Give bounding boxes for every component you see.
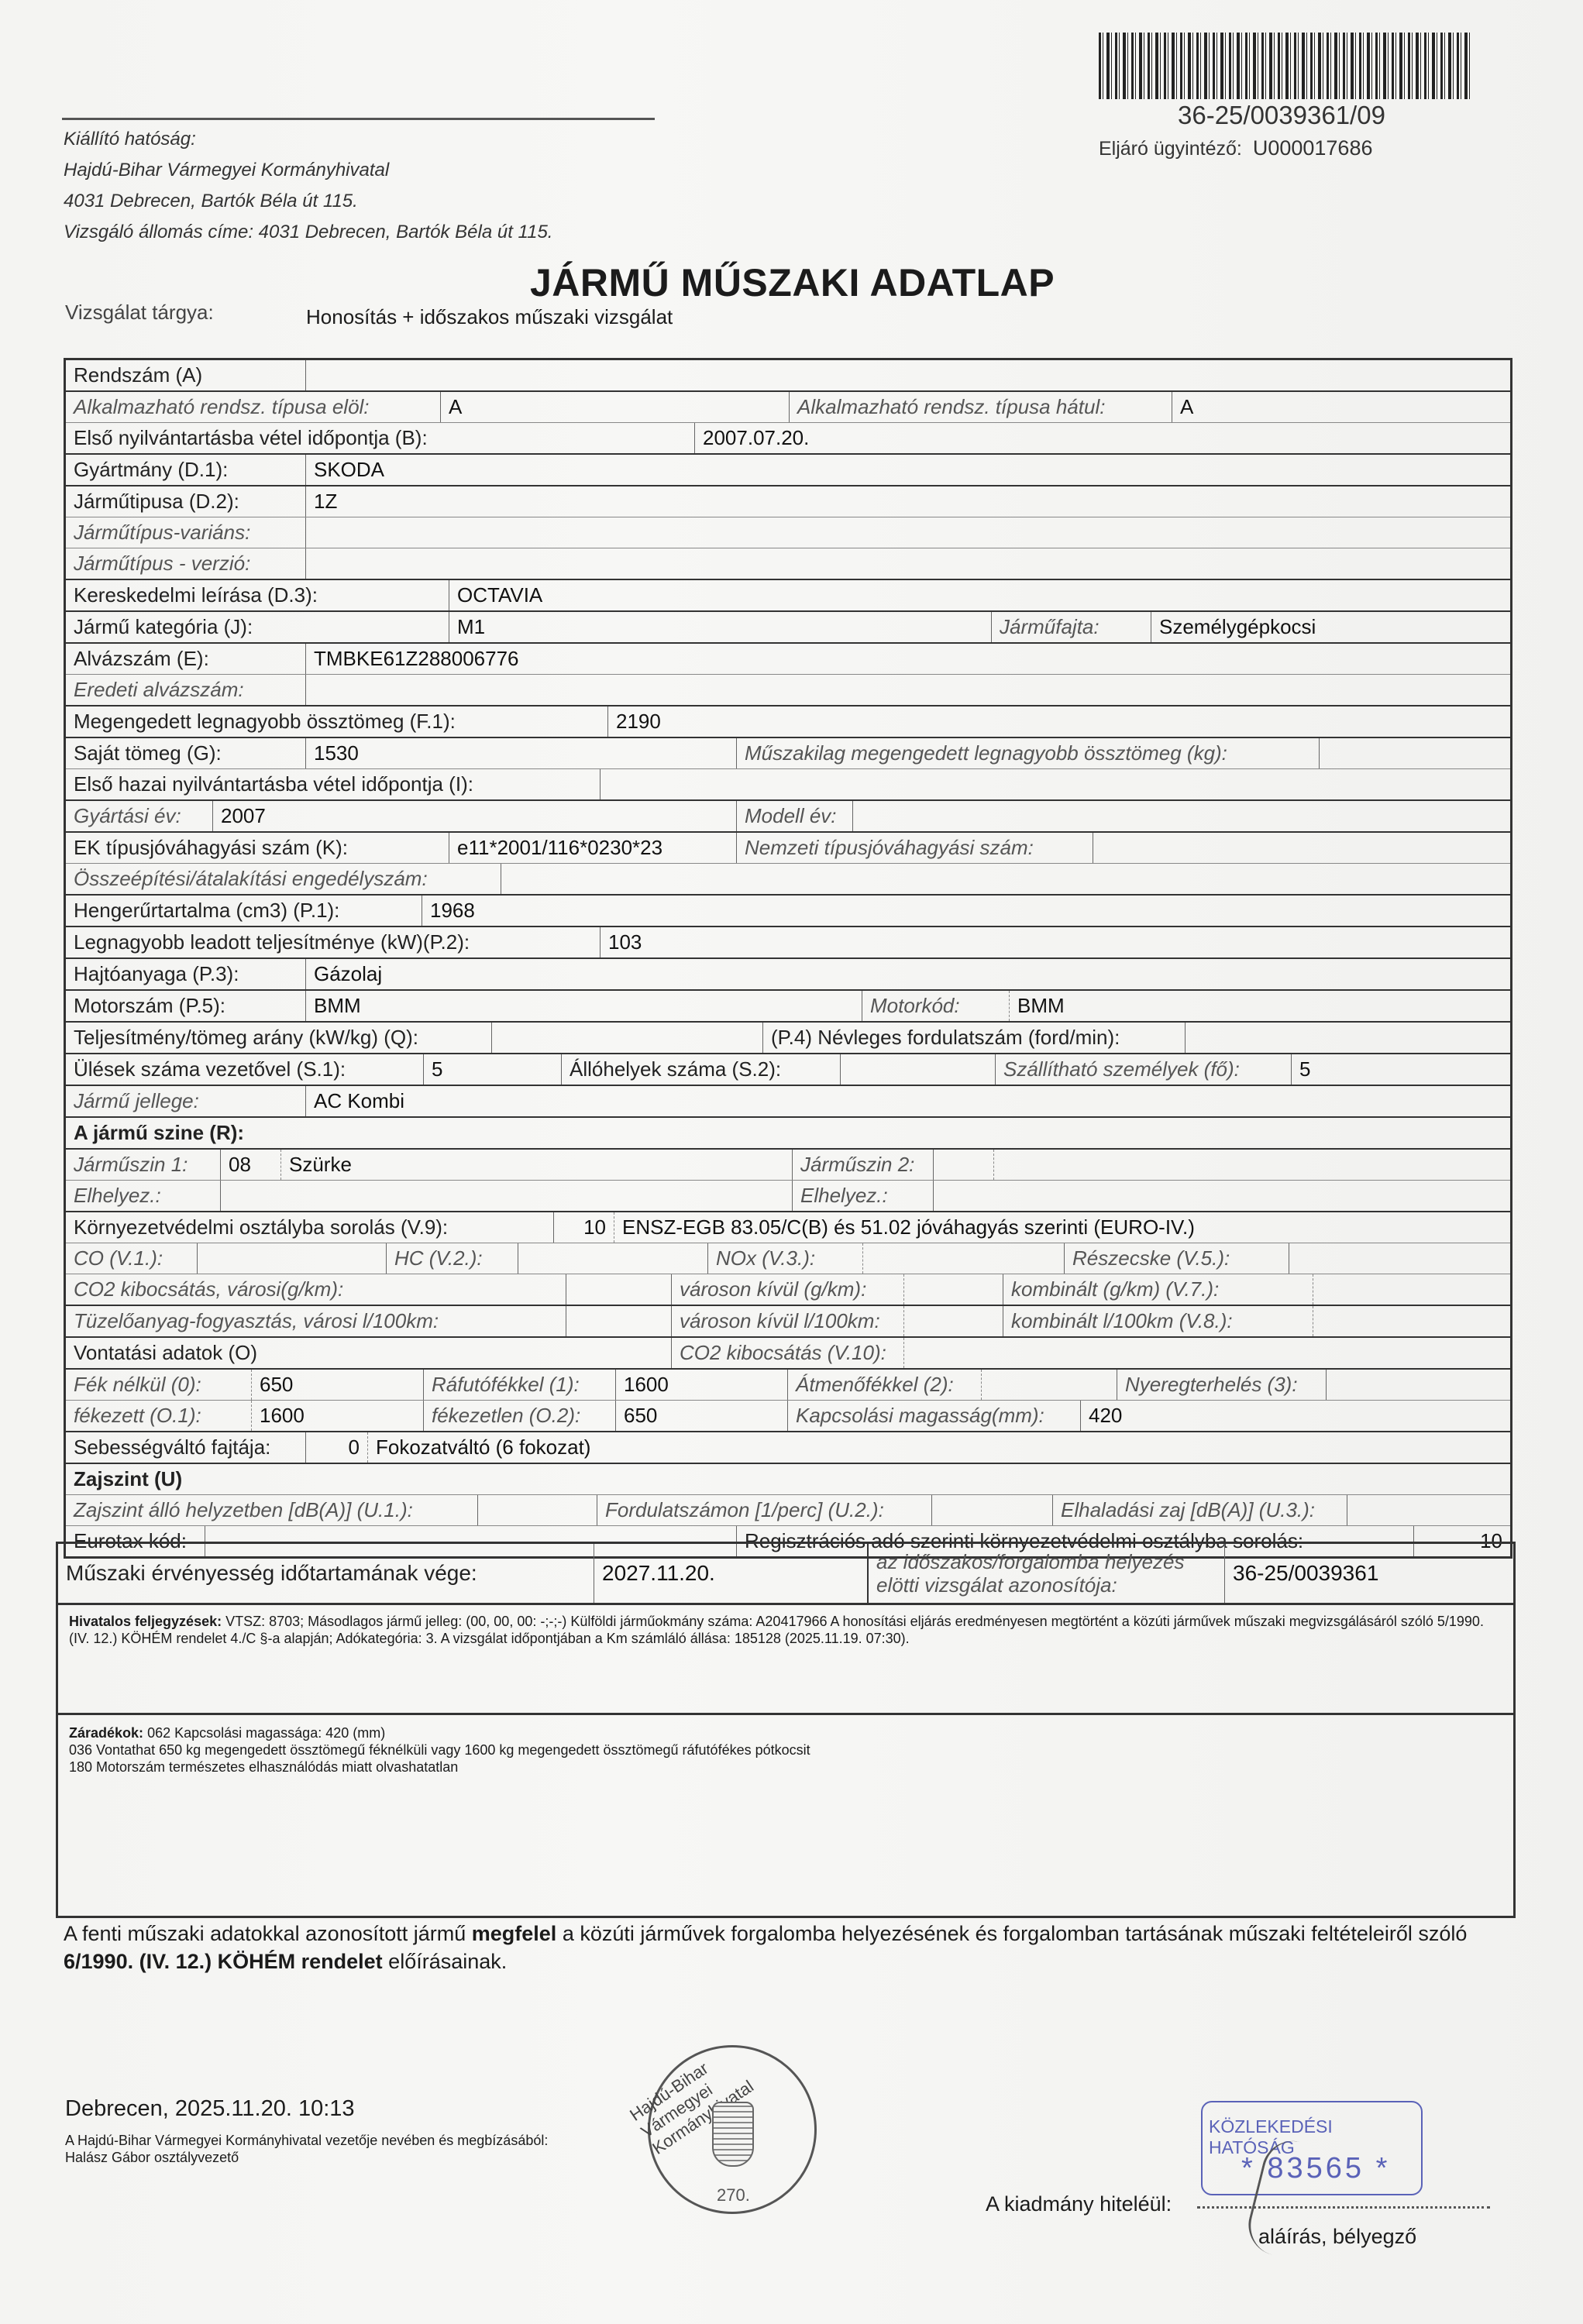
engine-code-value: BMM xyxy=(1010,991,1510,1021)
engine-number-value: BMM xyxy=(306,991,862,1021)
passengers-value: 5 xyxy=(1292,1054,1510,1085)
place1-label: Elhelyez.: xyxy=(66,1181,221,1211)
validity-value: 2027.11.20. xyxy=(594,1544,869,1603)
noise-drive-value xyxy=(1347,1495,1510,1525)
co2-v10-label: CO2 kibocsátás (V.10): xyxy=(672,1338,904,1368)
original-vin-value xyxy=(306,675,1510,705)
signature-label: aláírás, bélyegző xyxy=(1258,2225,1416,2249)
braked-label: fékezett (O.1): xyxy=(66,1401,252,1431)
type-label: Járműtipusa (D.2): xyxy=(66,486,306,517)
noise-section-label: Zajszint (U) xyxy=(66,1464,1510,1494)
max-mass-value: 2190 xyxy=(608,706,1510,737)
standing-value xyxy=(841,1054,996,1085)
max-power-value: 103 xyxy=(601,927,1510,957)
tech-max-mass-label: Műszakilag megengedett legnagyobb össztö… xyxy=(737,738,1320,768)
coat-of-arms-icon xyxy=(712,2102,754,2167)
vehicle-data-form: Rendszám (A) Alkalmazható rendsz. típusa… xyxy=(64,358,1512,1559)
inspection-id-label: az időszakos/forgalomba helyezés elötti … xyxy=(869,1544,1225,1603)
row-fuel-consumption: Tüzelőanyag-fogyasztás, városi l/100km: … xyxy=(66,1306,1510,1338)
env-class-label: Környezetvédelmi osztályba sorolás (V.9)… xyxy=(66,1212,554,1243)
particles-label: Részecske (V.5.): xyxy=(1065,1243,1289,1274)
vin-value: TMBKE61Z288006776 xyxy=(306,644,1510,674)
coupling-height-value: 420 xyxy=(1081,1401,1510,1431)
case-handler-label: Eljáró ügyintéző: xyxy=(1099,138,1242,160)
row-color1: Járműszin 1: 08 Szürke Járműszin 2: xyxy=(66,1150,1510,1181)
gearbox-value: Fokozatváltó (6 fokozat) xyxy=(368,1432,1510,1463)
displacement-label: Hengerűrtartalma (cm3) (P.1): xyxy=(66,896,422,926)
max-mass-label: Megengedett legnagyobb össztömeg (F.1): xyxy=(66,706,608,737)
model-year-value xyxy=(853,801,1510,831)
fuel-label: Hajtóanyaga (P.3): xyxy=(66,959,306,989)
fifth-wheel-label: Nyeregterhelés (3): xyxy=(1117,1370,1327,1400)
official-seal: Hajdú-Bihar Vármegyei Kormányhivatal 270… xyxy=(648,2045,817,2214)
row-noise-section: Zajszint (U) xyxy=(66,1464,1510,1495)
row-max-power: Legnagyobb leadott teljesítménye (kW)(P.… xyxy=(66,927,1510,959)
color2-value xyxy=(994,1150,1510,1180)
row-own-mass: Saját tömeg (G): 1530 Műszakilag megenge… xyxy=(66,738,1510,769)
co2-v10-value xyxy=(904,1338,1510,1368)
authority-signer: A Hajdú-Bihar Vármegyei Kormányhivatal v… xyxy=(65,2132,548,2166)
case-handler-value: U000017686 xyxy=(1253,136,1373,160)
row-plate-type: Alkalmazható rendsz. típusa elöl: A Alka… xyxy=(66,392,1510,423)
validity-label: Műszaki érvényesség időtartamának vége: xyxy=(58,1544,594,1603)
version-value xyxy=(306,548,1510,579)
noise-rpm-value xyxy=(932,1495,1053,1525)
noise-drive-label: Elhaladási zaj [dB(A)] (U.3.): xyxy=(1053,1495,1347,1525)
co2-comb-value xyxy=(1313,1274,1510,1305)
co-value xyxy=(198,1243,387,1274)
issuer-label: Kiállító hatóság: xyxy=(64,124,552,155)
model-year-label: Modell év: xyxy=(737,801,853,831)
first-registration-label: Első nyilvántartásba vétel időpontja (B)… xyxy=(66,423,695,453)
unbraked0-value: 650 xyxy=(252,1370,424,1400)
ec-approval-value: e11*2001/116*0230*23 xyxy=(449,833,737,863)
body-value: AC Kombi xyxy=(306,1086,1510,1116)
manufacture-year-label: Gyártási év: xyxy=(66,801,213,831)
seal-number: 270. xyxy=(717,2185,750,2205)
conformity-statement: A fenti műszaki adatokkal azonosított já… xyxy=(64,1920,1505,1975)
engine-code-label: Motorkód: xyxy=(862,991,1010,1021)
through-label: Átmenőfékkel (2): xyxy=(788,1370,982,1400)
color1-label: Járműszin 1: xyxy=(66,1150,221,1180)
conformity-bold: 6/1990. (IV. 12.) KÖHÉM rendelet xyxy=(64,1950,383,1973)
commercial-name-value: OCTAVIA xyxy=(449,580,1510,610)
through-value xyxy=(982,1370,1117,1400)
co2-extra-value xyxy=(904,1274,1003,1305)
row-variant: Járműtípus-variáns: xyxy=(66,517,1510,548)
vehicle-kind-label: Járműfajta: xyxy=(992,612,1151,642)
row-body: Jármű jellege: AC Kombi xyxy=(66,1086,1510,1118)
make-label: Gyártmány (D.1): xyxy=(66,455,306,485)
towing-section-label: Vontatási adatok (O) xyxy=(66,1338,672,1368)
row-noise: Zajszint álló helyzetben [dB(A)] (U.1.):… xyxy=(66,1495,1510,1526)
clauses-label: Záradékok: xyxy=(69,1725,143,1741)
nox-value xyxy=(863,1243,1065,1274)
env-class-value: ENSZ-EGB 83.05/C(B) és 51.02 jóváhagyás … xyxy=(614,1212,1510,1243)
place-date: Debrecen, 2025.11.20. 10:13 xyxy=(65,2096,355,2122)
coupling-height-label: Kapcsolási magasság(mm): xyxy=(788,1401,1081,1431)
env-class-code: 10 xyxy=(554,1212,614,1243)
overrun-label: Ráfutófékkel (1): xyxy=(424,1370,616,1400)
validity-row: Műszaki érvényesség időtartamának vége: … xyxy=(58,1544,1513,1605)
row-category: Jármű kategória (J): M1 Járműfajta: Szem… xyxy=(66,612,1510,644)
place2-value xyxy=(934,1181,1510,1211)
first-registration-value: 2007.07.20. xyxy=(695,423,1510,453)
official-notes-label: Hivatalos feljegyzések: xyxy=(69,1614,222,1629)
row-vin: Alvázszám (E): TMBKE61Z288006776 xyxy=(66,644,1510,675)
max-power-label: Legnagyobb leadott teljesítménye (kW)(P.… xyxy=(66,927,601,957)
row-placement: Elhelyez.: Elhelyez.: xyxy=(66,1181,1510,1212)
type-value: 1Z xyxy=(306,486,1510,517)
issuer-block: Kiállító hatóság: Hajdú-Bihar Vármegyei … xyxy=(64,124,552,248)
subject-label: Vizsgálat tárgya: xyxy=(65,301,214,325)
variant-label: Járműtípus-variáns: xyxy=(66,517,306,548)
row-max-mass: Megengedett legnagyobb össztömeg (F.1): … xyxy=(66,706,1510,738)
row-type: Járműtipusa (D.2): 1Z xyxy=(66,486,1510,517)
signature-line xyxy=(1197,2206,1490,2209)
reference-number: 36-25/0039361/09 xyxy=(1178,101,1385,130)
vehicle-kind-value: Személygépkocsi xyxy=(1151,612,1510,642)
noise-stationary-label: Zajszint álló helyzetben [dB(A)] (U.1.): xyxy=(66,1495,478,1525)
variant-value xyxy=(306,517,1510,548)
row-env-class: Környezetvédelmi osztályba sorolás (V.9)… xyxy=(66,1212,1510,1243)
fuel-comb-label: kombinált l/100km (V.8.): xyxy=(1003,1306,1313,1336)
national-approval-label: Nemzeti típusjóváhagyási szám: xyxy=(737,833,1093,863)
signer-name: Halász Gábor osztályvezető xyxy=(65,2149,548,2166)
hc-label: HC (V.2.): xyxy=(387,1243,518,1274)
header-divider xyxy=(62,118,655,120)
plate-label: Rendszám (A) xyxy=(66,360,306,390)
document-title: JÁRMŰ MŰSZAKI ADATLAP xyxy=(530,260,1055,305)
row-first-domestic-reg: Első hazai nyilvántartásba vétel időpont… xyxy=(66,769,1510,801)
co2-urban-label: CO2 kibocsátás, városi(g/km): xyxy=(66,1274,566,1305)
conformity-text: A fenti műszaki adatokkal azonosított já… xyxy=(64,1922,472,1945)
row-towing-2: fékezett (O.1): 1600 fékezetlen (O.2): 6… xyxy=(66,1401,1510,1432)
row-co2: CO2 kibocsátás, városi(g/km): városon kí… xyxy=(66,1274,1510,1306)
row-version: Járműtípus - verzió: xyxy=(66,548,1510,580)
displacement-value: 1968 xyxy=(422,896,1510,926)
conformity-text: a közúti járművek forgalomba helyezéséne… xyxy=(556,1922,1467,1945)
conformity-bold: megfelel xyxy=(472,1922,557,1945)
co2-comb-label: kombinált (g/km) (V.7.): xyxy=(1003,1274,1313,1305)
inspection-id-value: 36-25/0039361 xyxy=(1225,1544,1513,1603)
row-original-vin: Eredeti alvázszám: xyxy=(66,675,1510,706)
row-seats: Ülések száma vezetővel (S.1): 5 Állóhely… xyxy=(66,1054,1510,1086)
plate-type-rear-value: A xyxy=(1172,392,1510,422)
row-make: Gyártmány (D.1): SKODA xyxy=(66,455,1510,486)
fuel-urban-value xyxy=(566,1306,672,1336)
vin-label: Alvázszám (E): xyxy=(66,644,306,674)
unbraked-label: fékezetlen (O.2): xyxy=(424,1401,616,1431)
noise-stationary-value xyxy=(478,1495,597,1525)
commercial-name-label: Kereskedelmi leírása (D.3): xyxy=(66,580,449,610)
unbraked-value: 650 xyxy=(616,1401,788,1431)
authentic-label: A kiadmány hiteléül: xyxy=(986,2192,1172,2216)
unbraked0-label: Fék nélkül (0): xyxy=(66,1370,252,1400)
assembly-permit-value xyxy=(501,864,1510,894)
version-label: Járműtípus - verzió: xyxy=(66,548,306,579)
original-vin-label: Eredeti alvázszám: xyxy=(66,675,306,705)
plate-type-front-value: A xyxy=(441,392,790,422)
clause-item: 062 Kapcsolási magassága: 420 (mm) xyxy=(147,1725,385,1741)
color-section-label: A jármű szine (R): xyxy=(66,1118,1510,1148)
row-towing-1: Fék nélkül (0): 650 Ráfutófékkel (1): 16… xyxy=(66,1370,1510,1401)
validity-section: Műszaki érvényesség időtartamának vége: … xyxy=(56,1542,1516,1918)
fuel-value: Gázolaj xyxy=(306,959,1510,989)
body-label: Jármű jellege: xyxy=(66,1086,306,1116)
gearbox-code: 0 xyxy=(306,1432,368,1463)
color1-value: Szürke xyxy=(281,1150,793,1180)
seats-value: 5 xyxy=(424,1054,562,1085)
tech-max-mass-value xyxy=(1320,738,1510,768)
nox-label: NOx (V.3.): xyxy=(708,1243,863,1274)
place1-value xyxy=(221,1181,793,1211)
first-domestic-reg-value xyxy=(601,769,1510,799)
row-manufacture-year: Gyártási év: 2007 Modell év: xyxy=(66,801,1510,833)
row-engine: Motorszám (P.5): BMM Motorkód: BMM xyxy=(66,991,1510,1023)
fuel-extra-label: városon kívül l/100km: xyxy=(672,1306,904,1336)
category-value: M1 xyxy=(449,612,992,642)
engine-number-label: Motorszám (P.5): xyxy=(66,991,306,1021)
seats-label: Ülések száma vezetővel (S.1): xyxy=(66,1054,424,1085)
clauses: Záradékok: 062 Kapcsolási magassága: 420… xyxy=(58,1713,1513,1785)
row-color-section: A jármű szine (R): xyxy=(66,1118,1510,1150)
ec-approval-label: EK típusjóváhagyási szám (K): xyxy=(66,833,449,863)
row-power-weight: Teljesítmény/tömeg arány (kW/kg) (Q): (P… xyxy=(66,1023,1510,1054)
color2-code xyxy=(934,1150,994,1180)
fifth-wheel-value xyxy=(1327,1370,1510,1400)
power-weight-value xyxy=(492,1023,763,1053)
row-commercial-name: Kereskedelmi leírása (D.3): OCTAVIA xyxy=(66,580,1510,612)
passengers-label: Szállítható személyek (fő): xyxy=(996,1054,1292,1085)
own-mass-label: Saját tömeg (G): xyxy=(66,738,306,768)
first-domestic-reg-label: Első hazai nyilvántartásba vétel időpont… xyxy=(66,769,601,799)
row-towing-section: Vontatási adatok (O) CO2 kibocsátás (V.1… xyxy=(66,1338,1510,1370)
station-address: Vizsgáló állomás címe: 4031 Debrecen, Ba… xyxy=(64,217,552,248)
manufacture-year-value: 2007 xyxy=(213,801,737,831)
clause-item: 180 Motorszám természetes elhasználódás … xyxy=(69,1758,1502,1776)
rated-speed-label: (P.4) Névleges fordulatszám (ford/min): xyxy=(763,1023,1186,1053)
row-emissions: CO (V.1.): HC (V.2.): NOx (V.3.): Részec… xyxy=(66,1243,1510,1274)
hc-value xyxy=(518,1243,708,1274)
row-ec-approval: EK típusjóváhagyási szám (K): e11*2001/1… xyxy=(66,833,1510,864)
overrun-value: 1600 xyxy=(616,1370,788,1400)
co-label: CO (V.1.): xyxy=(66,1243,198,1274)
plate-type-rear-label: Alkalmazható rendsz. típusa hátul: xyxy=(790,392,1172,422)
particles-value xyxy=(1289,1243,1510,1274)
issuer-name: Hajdú-Bihar Vármegyei Kormányhivatal xyxy=(64,155,552,186)
color1-code: 08 xyxy=(221,1150,281,1180)
plate-value xyxy=(306,360,1510,390)
make-value: SKODA xyxy=(306,455,1510,485)
power-weight-label: Teljesítmény/tömeg arány (kW/kg) (Q): xyxy=(66,1023,492,1053)
co2-extra-label: városon kívül (g/km): xyxy=(672,1274,904,1305)
row-assembly-permit: Összeépítési/átalakítási engedélyszám: xyxy=(66,864,1510,896)
fuel-extra-value xyxy=(904,1306,1003,1336)
category-label: Jármű kategória (J): xyxy=(66,612,449,642)
fuel-comb-value xyxy=(1313,1306,1510,1336)
row-first-registration: Első nyilvántartásba vétel időpontja (B)… xyxy=(66,423,1510,455)
row-plate: Rendszám (A) xyxy=(66,360,1510,392)
assembly-permit-label: Összeépítési/átalakítási engedélyszám: xyxy=(66,864,501,894)
official-notes: Hivatalos feljegyzések: VTSZ: 8703; Máso… xyxy=(58,1605,1513,1655)
subject-value: Honosítás + időszakos műszaki vizsgálat xyxy=(306,305,673,329)
own-mass-value: 1530 xyxy=(306,738,737,768)
rated-speed-value xyxy=(1186,1023,1510,1053)
noise-rpm-label: Fordulatszámon [1/perc] (U.2.): xyxy=(597,1495,932,1525)
place2-label: Elhelyez.: xyxy=(793,1181,934,1211)
braked-value: 1600 xyxy=(252,1401,424,1431)
issuer-address: 4031 Debrecen, Bartók Béla út 115. xyxy=(64,186,552,217)
fuel-urban-label: Tüzelőanyag-fogyasztás, városi l/100km: xyxy=(66,1306,566,1336)
color2-label: Járműszin 2: xyxy=(793,1150,934,1180)
on-behalf-text: A Hajdú-Bihar Vármegyei Kormányhivatal v… xyxy=(65,2132,548,2149)
document-page: 36-25/0039361/09 Eljáró ügyintéző:U00001… xyxy=(0,0,1583,2324)
case-handler: Eljáró ügyintéző:U000017686 xyxy=(1099,136,1372,160)
row-fuel: Hajtóanyaga (P.3): Gázolaj xyxy=(66,959,1510,991)
clause-item: 036 Vontathat 650 kg megengedett össztöm… xyxy=(69,1741,1502,1758)
plate-type-front-label: Alkalmazható rendsz. típusa elöl: xyxy=(66,392,441,422)
co2-urban-value xyxy=(566,1274,672,1305)
official-notes-text: VTSZ: 8703; Másodlagos jármű jelleg: (00… xyxy=(69,1614,1484,1646)
conformity-text: előírásainak. xyxy=(383,1950,508,1973)
seal-text: Hajdú-Bihar Vármegyei Kormányhivatal xyxy=(626,2020,791,2159)
barcode xyxy=(1099,33,1471,99)
row-gearbox: Sebességváltó fajtája: 0 Fokozatváltó (6… xyxy=(66,1432,1510,1464)
national-approval-value xyxy=(1093,833,1510,863)
gearbox-label: Sebességváltó fajtája: xyxy=(66,1432,306,1463)
standing-label: Állóhelyek száma (S.2): xyxy=(562,1054,841,1085)
row-displacement: Hengerűrtartalma (cm3) (P.1): 1968 xyxy=(66,896,1510,927)
